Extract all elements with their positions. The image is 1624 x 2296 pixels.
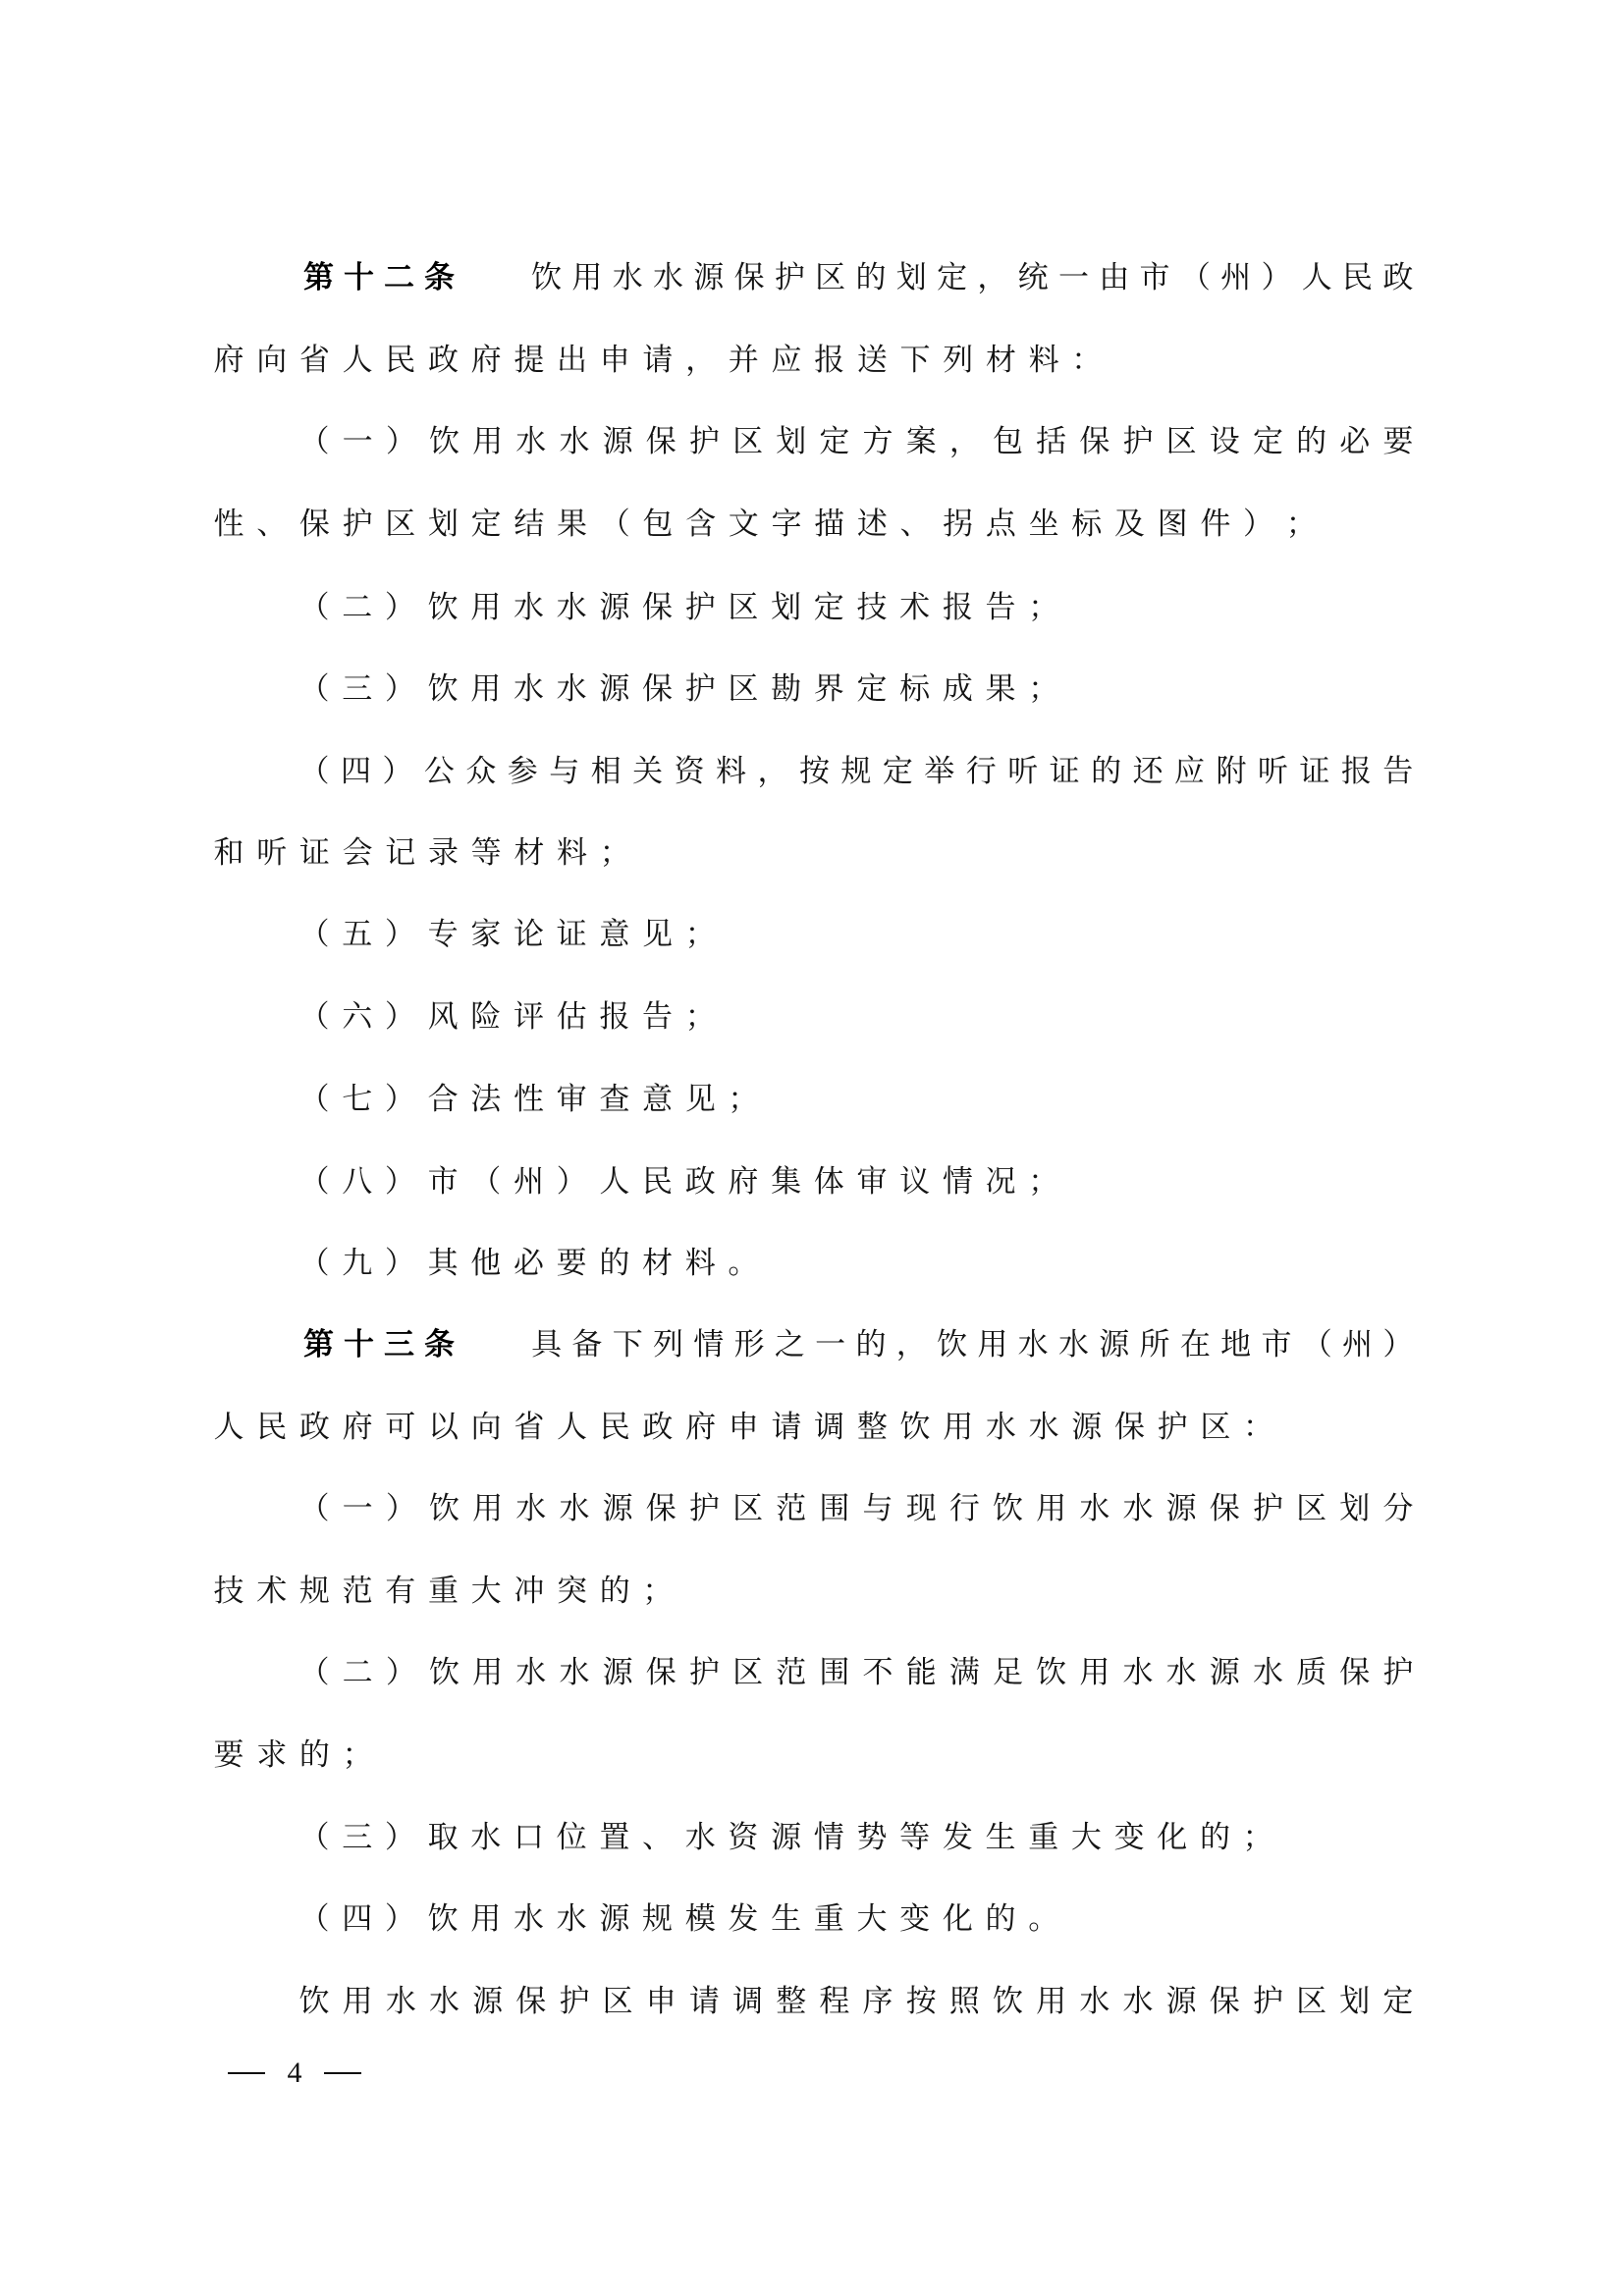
text-line-11: （七）合法性审查意见； [298, 1078, 771, 1121]
page-number-right-dash [324, 2072, 361, 2074]
article-line-14: 第十三条具备下列情形之一的，饮用水水源所在地市（州） [298, 1323, 1414, 1366]
text-line-18: （二）饮用水水源保护区范围不能满足饮用水水源水质保护 [298, 1651, 1414, 1694]
article-heading: 第十二条 [298, 256, 460, 299]
text-line-21: （四）饮用水水源规模发生重大变化的。 [298, 1897, 1070, 1941]
text-line-15: 人民政府可以向省人民政府申请调整饮用水水源保护区： [213, 1406, 1285, 1449]
text-line-22: 饮用水水源保护区申请调整程序按照饮用水水源保护区划定 [298, 1980, 1414, 2023]
article-heading: 第十三条 [298, 1323, 460, 1366]
text-line-19: 要求的； [213, 1734, 385, 1777]
text-line-9: （五）专家论证意见； [298, 913, 728, 956]
text-line-12: （八）市（州）人民政府集体审议情况； [298, 1160, 1070, 1203]
text-line-8: 和听证会记录等材料； [213, 831, 642, 875]
text-line-16: （一）饮用水水源保护区范围与现行饮用水水源保护区划分 [298, 1487, 1414, 1530]
page-number: 4 [228, 2054, 361, 2093]
text-line-4: 性、保护区划定结果（包含文字描述、拐点坐标及图件）； [213, 503, 1328, 546]
document-page: 第十二条饮用水水源保护区的划定，统一由市（州）人民政府向省人民政府提出申请，并应… [0, 0, 1624, 2296]
text-line-2: 府向省人民政府提出申请，并应报送下列材料： [213, 339, 1113, 382]
text-line-5: （二）饮用水水源保护区划定技术报告； [298, 586, 1070, 629]
text-line-10: （六）风险评估报告； [298, 995, 728, 1039]
text-line-20: （三）取水口位置、水资源情势等发生重大变化的； [298, 1816, 1285, 1859]
text-line-13: （九）其他必要的材料。 [298, 1242, 771, 1285]
page-number-value: 4 [265, 2056, 324, 2090]
text-line-17: 技术规范有重大冲突的； [213, 1570, 685, 1613]
text-line-3: （一）饮用水水源保护区划定方案，包括保护区设定的必要 [298, 420, 1414, 463]
text-line-6: （三）饮用水水源保护区勘界定标成果； [298, 667, 1070, 711]
article-line-1: 第十二条饮用水水源保护区的划定，统一由市（州）人民政 [298, 256, 1414, 299]
text-line-7: （四）公众参与相关资料，按规定举行听证的还应附听证报告 [298, 750, 1414, 793]
page-number-left-dash [228, 2072, 265, 2074]
